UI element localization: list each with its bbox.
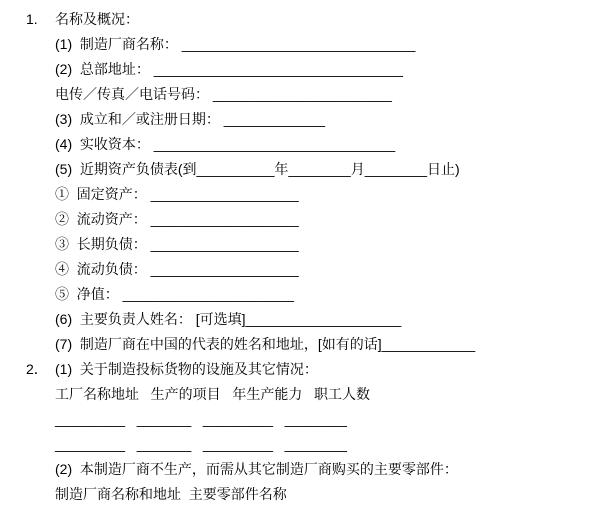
field-telex-fax-phone: 电传／传真／电话号码： _______________________: [55, 82, 590, 107]
field-principal-name: (6) 主要负责人姓名： [可选填]____________________: [55, 307, 590, 332]
field-incorporation-date: (3) 成立和／或注册日期： _____________: [55, 107, 590, 132]
plant-table-header: 工厂名称地址 生产的项目 年生产能力 职工人数: [55, 382, 590, 407]
plant-table-row-2: _________ _______ _________ ________: [55, 432, 590, 457]
field-current-liabilities: ④ 流动负债： ___________________: [55, 257, 590, 282]
section-2: 2．(1) 关于制造投标货物的设施及其它情况：: [26, 357, 590, 382]
components-table-header: 制造厂商名称和地址 主要零部件名称: [55, 482, 590, 507]
field-net-worth: ⑤ 净值： ______________________: [55, 282, 590, 307]
section-2-heading: (1) 关于制造投标货物的设施及其它情况：: [55, 361, 318, 377]
field-long-term-liabilities: ③ 长期负债： ___________________: [55, 232, 590, 257]
document-page: 1.名称及概况： (1) 制造厂商名称： ___________________…: [0, 0, 590, 507]
field-manufacturer-name: (1) 制造厂商名称： ____________________________…: [55, 32, 590, 57]
item-2-purchased-components: (2) 本制造厂商不生产，而需从其它制造厂商购买的主要零部件：: [55, 457, 590, 482]
field-balance-sheet-date: (5) 近期资产负债表(到__________年________月_______…: [55, 157, 590, 182]
field-fixed-assets: ① 固定资产： ___________________: [55, 182, 590, 207]
section-1-heading: 名称及概况：: [55, 11, 139, 27]
field-china-representative: (7) 制造厂商在中国的代表的姓名和地址，[如有的话]____________: [55, 332, 590, 357]
field-current-assets: ② 流动资产： ___________________: [55, 207, 590, 232]
section-2-number: 2．: [26, 357, 55, 382]
section-1-number: 1.: [26, 7, 55, 32]
plant-table-row-1: _________ _______ _________ ________: [55, 407, 590, 432]
field-paid-up-capital: (4) 实收资本： ______________________________…: [55, 132, 590, 157]
field-head-office-address: (2) 总部地址： ______________________________…: [55, 57, 590, 82]
section-1: 1.名称及概况：: [26, 7, 590, 32]
